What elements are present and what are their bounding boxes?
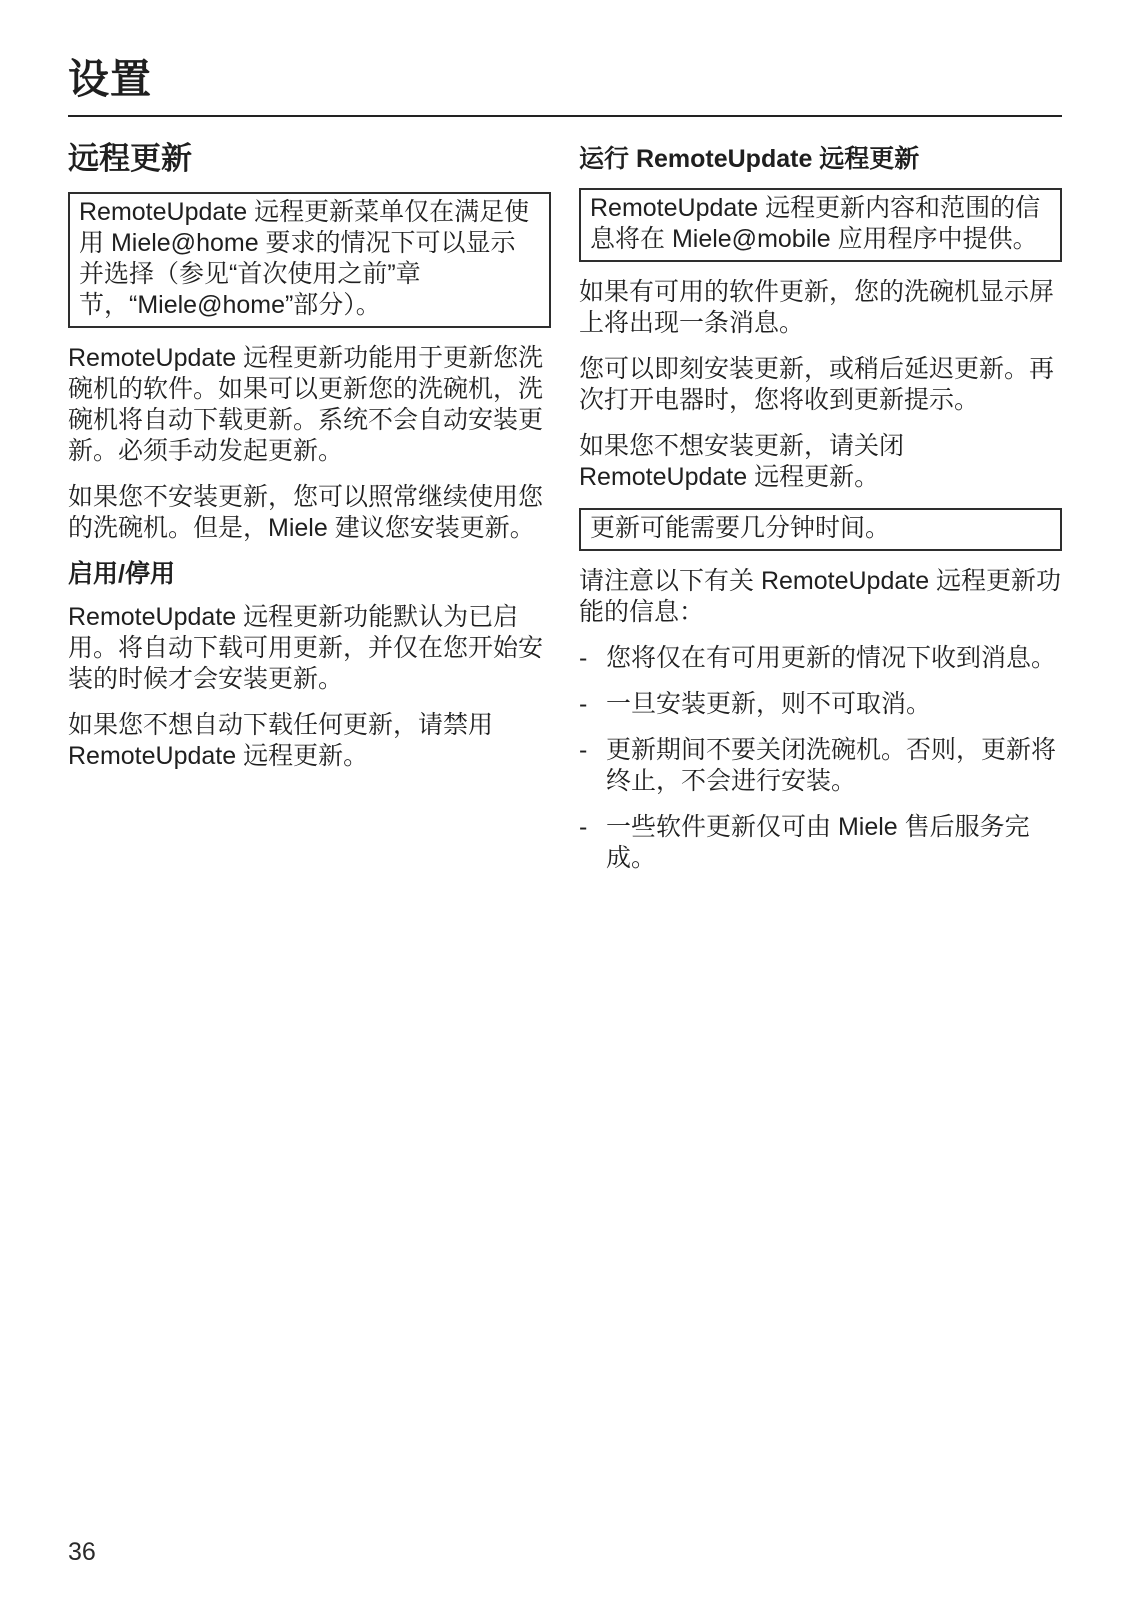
- content-columns: 远程更新 RemoteUpdate 远程更新菜单仅在满足使用 Miele@hom…: [68, 142, 1062, 889]
- section-heading-remote-update: 远程更新: [68, 142, 551, 176]
- left-column: 远程更新 RemoteUpdate 远程更新菜单仅在满足使用 Miele@hom…: [68, 142, 551, 889]
- bullet-text: 一些软件更新仅可由 Miele 售后服务完成。: [606, 812, 1062, 874]
- info-box-text: RemoteUpdate 远程更新内容和范围的信息将在 Miele@mobile…: [590, 193, 1051, 255]
- bullet-item-no-cancel: - 一旦安装更新，则不可取消。: [579, 689, 1062, 720]
- bullet-dash: -: [579, 689, 606, 720]
- paragraph-default-enabled: RemoteUpdate 远程更新功能默认为已启用。将自动下载可用更新，并仅在您…: [68, 602, 551, 695]
- paragraph-update-available-message: 如果有可用的软件更新，您的洗碗机显示屏上将出现一条消息。: [579, 277, 1062, 339]
- bullet-item-service-only: - 一些软件更新仅可由 Miele 售后服务完成。: [579, 812, 1062, 874]
- right-column: 运行 RemoteUpdate 远程更新 RemoteUpdate 远程更新内容…: [579, 142, 1062, 889]
- title-divider: [68, 115, 1062, 117]
- bullet-text: 您将仅在有可用更新的情况下收到消息。: [606, 643, 1062, 674]
- section-heading-run-remote-update: 运行 RemoteUpdate 远程更新: [579, 142, 1062, 176]
- bullet-text: 更新期间不要关闭洗碗机。否则，更新将终止，不会进行安装。: [606, 735, 1062, 797]
- info-box-update-scope: RemoteUpdate 远程更新内容和范围的信息将在 Miele@mobile…: [579, 188, 1062, 262]
- info-box-text: 更新可能需要几分钟时间。: [590, 513, 1051, 544]
- bullet-dash: -: [579, 812, 606, 874]
- paragraph-switch-off-remote-update: 如果您不想安装更新，请关闭 RemoteUpdate 远程更新。: [579, 431, 1062, 493]
- page-title: 设置: [68, 56, 1062, 102]
- info-box-text: RemoteUpdate 远程更新菜单仅在满足使用 Miele@home 要求的…: [79, 197, 540, 321]
- bullet-text: 一旦安装更新，则不可取消。: [606, 689, 1062, 720]
- subsection-heading-activate-deactivate: 启用/停用: [68, 559, 551, 590]
- paragraph-install-now-or-later: 您可以即刻安装更新，或稍后延迟更新。再次打开电器时，您将收到更新提示。: [579, 354, 1062, 416]
- paragraph-note-intro: 请注意以下有关 RemoteUpdate 远程更新功能的信息：: [579, 566, 1062, 628]
- paragraph-skip-update: 如果您不安装更新，您可以照常继续使用您的洗碗机。但是，Miele 建议您安装更新…: [68, 482, 551, 544]
- bullet-item-do-not-switch-off: - 更新期间不要关闭洗碗机。否则，更新将终止，不会进行安装。: [579, 735, 1062, 797]
- manual-page: 设置 远程更新 RemoteUpdate 远程更新菜单仅在满足使用 Miele@…: [0, 0, 1128, 1600]
- paragraph-remote-update-function: RemoteUpdate 远程更新功能用于更新您洗碗机的软件。如果可以更新您的洗…: [68, 343, 551, 467]
- bullet-dash: -: [579, 735, 606, 797]
- page-number: 36: [68, 1538, 96, 1566]
- paragraph-disable-download: 如果您不想自动下载任何更新，请禁用 RemoteUpdate 远程更新。: [68, 710, 551, 772]
- bullet-dash: -: [579, 643, 606, 674]
- info-box-remote-update-menu: RemoteUpdate 远程更新菜单仅在满足使用 Miele@home 要求的…: [68, 192, 551, 328]
- bullet-item-message-only: - 您将仅在有可用更新的情况下收到消息。: [579, 643, 1062, 674]
- info-box-update-duration: 更新可能需要几分钟时间。: [579, 508, 1062, 551]
